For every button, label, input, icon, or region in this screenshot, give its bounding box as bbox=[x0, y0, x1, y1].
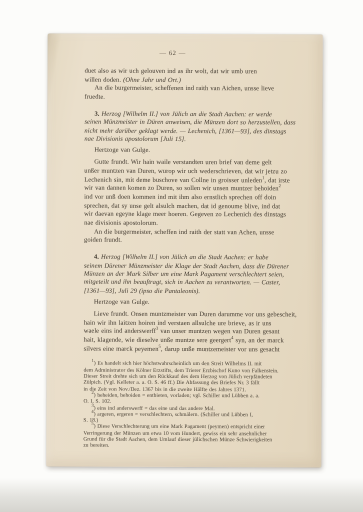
salutation-2: Hertzoge van Gulge. bbox=[84, 299, 320, 309]
text-line: nae Divisionis apostolorum [Juli 15]. bbox=[84, 136, 320, 145]
regest-4: 4. Herzog [Wilhelm II.] von Jülich an di… bbox=[84, 254, 320, 297]
text-run: duet also as wir uch gelouven ind as ihr… bbox=[85, 68, 257, 76]
text-line: Hertzoge van Gulge. bbox=[84, 147, 320, 157]
letter-lieve-frundt: Lieve frundt. Onsen muntzmeister van Dur… bbox=[84, 311, 320, 355]
text-run: mitgeteilt und ihn beauftragt, sich in A… bbox=[84, 279, 280, 287]
text-run: Lieve frundt. Onsen muntzmeister van Dur… bbox=[94, 311, 297, 319]
address-aachen-2: An die burgermeister, scheffen ind raith… bbox=[84, 228, 320, 246]
text-run: Herzog [Wilhelm II.] von Jülich an die S… bbox=[99, 254, 268, 262]
book-page: — 62 — duet also as wir uch gelouven ind… bbox=[46, 34, 323, 468]
text-run: Lechenich sin, mit deme buschove van Col… bbox=[84, 176, 262, 184]
text-run: , dat irste bbox=[264, 177, 289, 184]
text-run: Hertzoge van Gulge. bbox=[94, 299, 150, 306]
text-run: hait, klagende, wie dieselve unße muntze… bbox=[84, 337, 231, 345]
text-run: zu bereiten. bbox=[83, 443, 109, 449]
text-run: 2 bbox=[279, 183, 281, 188]
text-run: Herzog [Wilhelm II.] von Jülich an die S… bbox=[99, 111, 272, 119]
scan-bottom-shadow bbox=[0, 478, 363, 512]
text-run: willen doden. bbox=[85, 76, 124, 83]
text-line: An die burgermeister, scheffenen ind rai… bbox=[85, 85, 321, 95]
text-line: [1361—93], Juli 29 (ipso die Pantaleonis… bbox=[84, 287, 320, 296]
para-letter-close: duet also as wir uch gelouven ind as ihr… bbox=[85, 68, 321, 86]
text-flow: duet also as wir uch gelouven ind as ihr… bbox=[83, 68, 320, 450]
text-run: Grund für die Stadt Aachen, dem Umlauf d… bbox=[83, 437, 272, 444]
text-run: nae divisionis apostolorum. bbox=[84, 220, 158, 227]
text-run: Gutte frundt. Wir hain waile verstandten… bbox=[94, 159, 271, 167]
screenshot-root: { "scan": { "page_bg": "#e8dcc6", "text_… bbox=[0, 0, 363, 512]
text-run: van unser muntzen wegen van Duren gesant bbox=[158, 328, 279, 335]
text-run: waele eins ind anderswerff bbox=[84, 328, 156, 335]
text-line: Hertzoge van Gulge. bbox=[84, 299, 320, 309]
text-run: ) beheiden, behoiden = entbieten, vorlad… bbox=[94, 393, 260, 400]
text-run: O. I, S. 102. bbox=[83, 399, 111, 405]
text-run: ) argeren, ergeren = verschlechtern, sch… bbox=[94, 411, 253, 418]
text-run: An die burgermeister, scheffenen ind rai… bbox=[95, 85, 275, 93]
page-text-column: — 62 — duet also as wir uch gelouven ind… bbox=[83, 50, 320, 450]
text-run: Münzen an der Mark Silber um eine Mark P… bbox=[84, 271, 284, 279]
text-run: unßer muntzen van Duren, wurop wir uch w… bbox=[84, 167, 287, 175]
text-run: Hertzoge van Gulge. bbox=[94, 147, 150, 154]
text-run: goiden frundt. bbox=[84, 237, 122, 244]
regest-3: 3. Herzog [Wilhelm II.] von Jülich an di… bbox=[84, 110, 320, 144]
text-run: nicht mehr darüber geklagt werde. — Lech… bbox=[84, 127, 286, 135]
text-run: ind vor unß doen kommen ind mit ihm also… bbox=[84, 194, 276, 202]
letter-gutte-frundt: Gutte frundt. Wir hain waile verstandten… bbox=[84, 159, 320, 229]
text-run: wir daevan egeyne klage meer hoeren. Geg… bbox=[84, 211, 286, 219]
text-run: seinem Dürener Münzmeister die Klage der… bbox=[84, 262, 289, 270]
text-run: wir van dannen komen zo Duren, so sollen… bbox=[84, 185, 278, 193]
text-run: seinen Münzmeister in Düren anweisen, di… bbox=[84, 119, 295, 127]
salutation-1: Hertzoge van Gulge. bbox=[84, 147, 320, 157]
text-line: zu bereiten. bbox=[83, 443, 319, 450]
text-run: sprechen, dat sy unse gelt alsulch mache… bbox=[84, 202, 280, 210]
footnotes: 1) Es handelt sich hier höchstwahrschein… bbox=[83, 361, 319, 450]
text-line: fruedte. bbox=[85, 94, 321, 104]
text-run: [1361—93], Juli 29 (ipso die Pantaleonis… bbox=[84, 287, 200, 294]
text-run: fruedte. bbox=[85, 94, 105, 101]
text-run: (Ohne Jahr und Ort.) bbox=[123, 76, 181, 83]
text-run: silvers eine marck peyemen bbox=[84, 345, 159, 352]
text-run: An die burgermeister, scheffen ind raith… bbox=[94, 228, 274, 236]
address-aachen-1: An die burgermeister, scheffenen ind rai… bbox=[85, 85, 321, 103]
text-run: hain wir ihn laitzen hoiren ind verstaen… bbox=[84, 319, 272, 327]
text-run: nae Divisionis apostolorum [Juli 15]. bbox=[84, 136, 186, 143]
text-run: , darup unße muntzemeister vor uns gesac… bbox=[161, 346, 280, 353]
text-run: syn, an der marck bbox=[233, 337, 283, 344]
text-line: goiden frundt. bbox=[84, 237, 320, 247]
page-number: — 62 — bbox=[55, 50, 291, 58]
text-line: silvers eine marck peyemen5, darup unße … bbox=[84, 345, 320, 355]
